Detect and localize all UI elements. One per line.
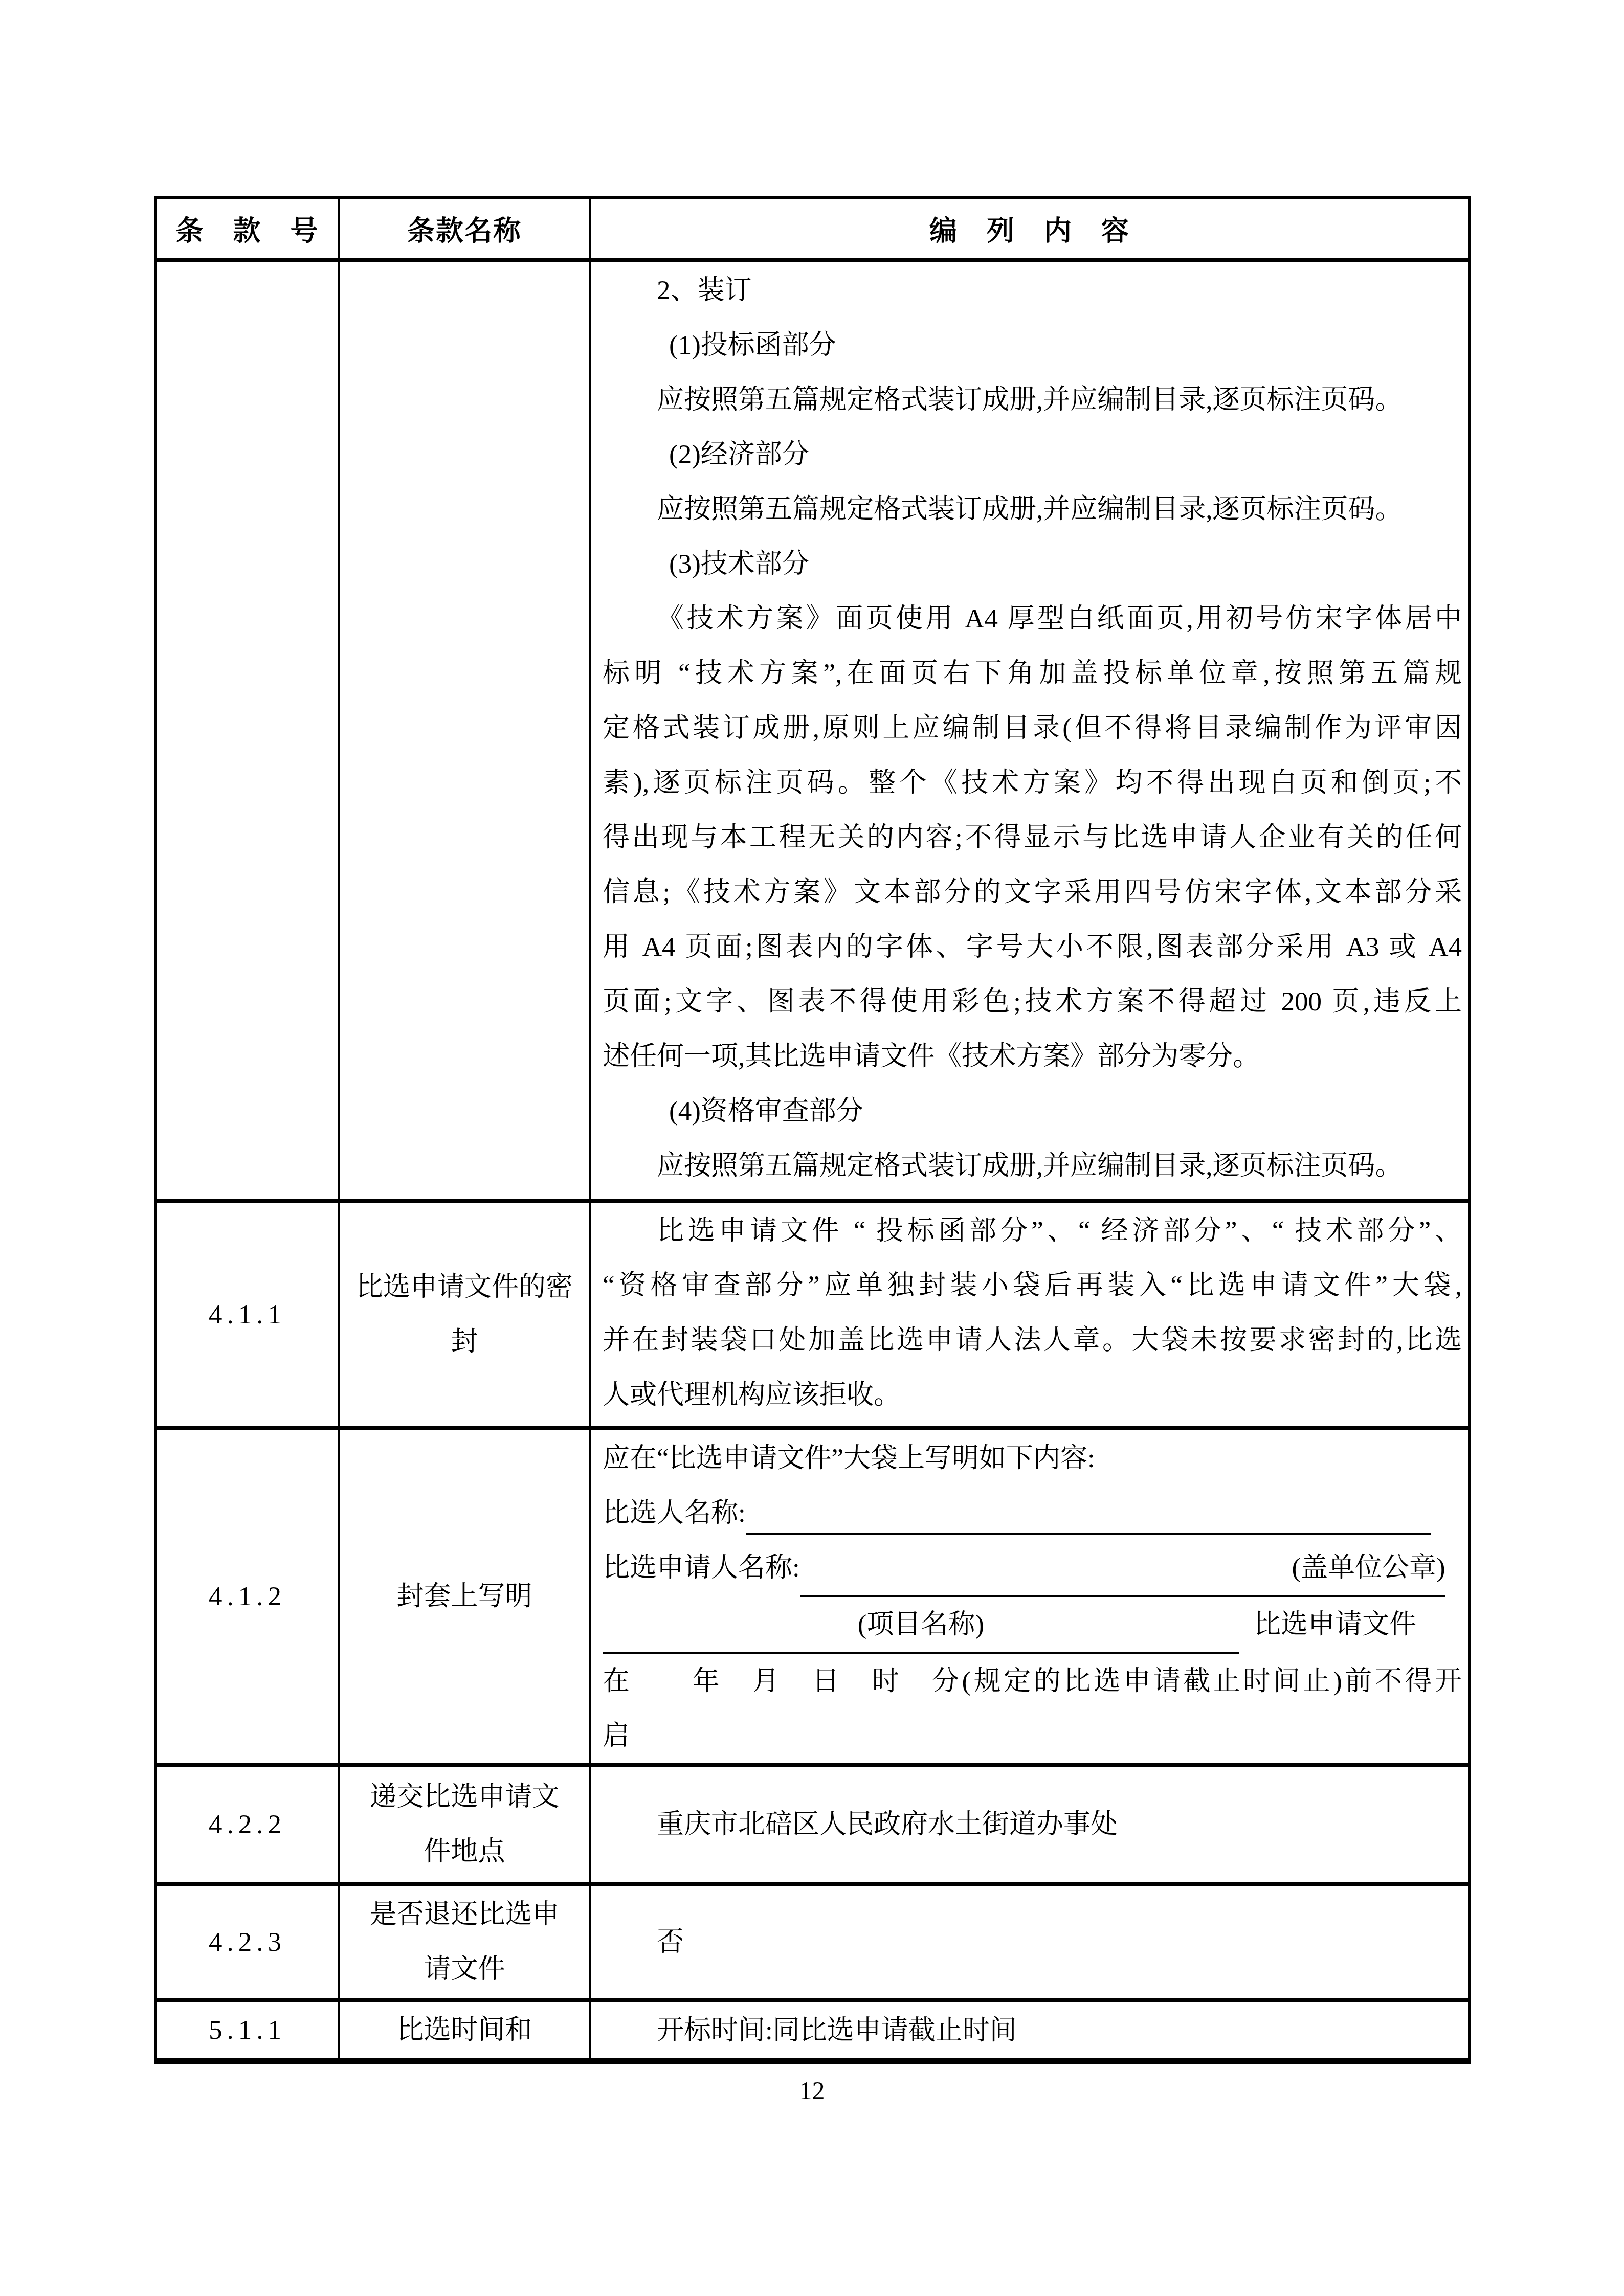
clause-name-line: 比选时间和 <box>397 2003 532 2058</box>
content-line: “资格审查部分”应单独封装小袋后再装入“比选申请文件”大袋, <box>603 1258 1462 1313</box>
clause-table: 条 款 号 条款名称 编 列 内 容 2、装订 (1)投标函部分 应按照第五篇规… <box>154 196 1471 2064</box>
project-name-blank-field: (项目名称) <box>603 1597 1239 1654</box>
page-number: 12 <box>0 2070 1624 2111</box>
content-line: 《技术方案》面页使用 A4 厚型白纸面页,用初号仿宋字体居中 <box>603 592 1462 646</box>
content-line: 否 <box>603 1915 1462 1970</box>
applicant-name-line: 比选申请人名称:(盖单位公章) <box>603 1541 1462 1597</box>
applicant-name-blank-field: (盖单位公章) <box>800 1541 1445 1597</box>
content-line: 标明 “技术方案”,在面页右下角加盖投标单位章,按照第五篇规 <box>603 646 1462 701</box>
table-row-4-2-3: 4.2.3 是否退还比选申 请文件 否 <box>157 1882 1468 1998</box>
header-clause-no: 条 款 号 <box>157 199 340 258</box>
clause-name-cell-empty <box>340 262 591 1199</box>
content-line: 得出现与本工程无关的内容;不得显示与比选申请人企业有关的任何 <box>603 811 1462 865</box>
open-time-line: 在 年 月 日 时 分(规定的比选申请截止时间止)前不得开 <box>603 1654 1462 1709</box>
clause-name-line: 比选申请文件的密 <box>356 1260 573 1315</box>
clause-no: 4.2.2 <box>157 1767 340 1882</box>
bixuan-name-blank-field <box>746 1533 1431 1535</box>
content-line: 页面;文字、图表不得使用彩色;技术方案不得超过 200 页,违反上 <box>603 975 1462 1029</box>
clause-name-line: 封 <box>451 1315 478 1369</box>
content-line: 信息;《技术方案》文本部分的文字采用四号仿宋字体,文本部分采 <box>603 865 1462 920</box>
table-row-4-2-2: 4.2.2 递交比选申请文 件地点 重庆市北碚区人民政府水土街道办事处 <box>157 1763 1468 1882</box>
content-line: (2)经济部分 <box>603 427 1462 482</box>
table-row-4-1-1: 4.1.1 比选申请文件的密 封 比选申请文件 “ 投标函部分”、“ 经济部分”… <box>157 1199 1468 1426</box>
clause-name-cell: 递交比选申请文 件地点 <box>340 1767 591 1882</box>
table-row-5-1-1: 5.1.1 比选时间和 开标时间:同比选申请截止时间 <box>157 1998 1468 2058</box>
content-line: (3)技术部分 <box>603 537 1462 592</box>
content-line: 用 A4 页面;图表内的字体、字号大小不限,图表部分采用 A3 或 A4 <box>603 920 1462 975</box>
applicant-name-label: 比选申请人名称: <box>603 1553 800 1583</box>
clause-name-line: 件地点 <box>424 1825 505 1879</box>
clause-no: 4.1.2 <box>157 1430 340 1763</box>
content-line: 重庆市北碚区人民政府水土街道办事处 <box>603 1797 1462 1852</box>
clause-name-cell: 封套上写明 <box>340 1430 591 1763</box>
content-line: 比选申请文件 “ 投标函部分”、“ 经济部分”、“ 技术部分”、 <box>603 1204 1462 1258</box>
doc-suffix-label: 比选申请文件 <box>1254 1597 1416 1652</box>
content-cell-binding: 2、装订 (1)投标函部分 应按照第五篇规定格式装订成册,并应编制目录,逐页标注… <box>591 262 1468 1199</box>
header-clause-name: 条款名称 <box>340 199 591 258</box>
clause-name-line: 封套上写明 <box>397 1569 532 1624</box>
clause-name-cell: 比选时间和 <box>340 2002 591 2058</box>
content-cell-address: 重庆市北碚区人民政府水土街道办事处 <box>591 1767 1468 1882</box>
table-row-binding: 2、装订 (1)投标函部分 应按照第五篇规定格式装订成册,并应编制目录,逐页标注… <box>157 258 1468 1199</box>
content-line: 应按照第五篇规定格式装订成册,并应编制目录,逐页标注页码。 <box>603 482 1462 537</box>
content-line: 素),逐页标注页码。整个《技术方案》均不得出现白页和倒页;不 <box>603 756 1462 811</box>
envelope-intro-line: 应在“比选申请文件”大袋上写明如下内容: <box>603 1431 1462 1486</box>
content-cell-sealing: 比选申请文件 “ 投标函部分”、“ 经济部分”、“ 技术部分”、 “资格审查部分… <box>591 1203 1468 1426</box>
open-time-line-cont: 启 <box>603 1709 1462 1763</box>
content-line: 应按照第五篇规定格式装订成册,并应编制目录,逐页标注页码。 <box>603 1139 1462 1194</box>
clause-no: 5.1.1 <box>157 2002 340 2058</box>
content-line: 应按照第五篇规定格式装订成册,并应编制目录,逐页标注页码。 <box>603 373 1462 427</box>
content-cell-return: 否 <box>591 1886 1468 1998</box>
content-line: 述任何一项,其比选申请文件《技术方案》部分为零分。 <box>603 1029 1462 1084</box>
project-name-line: (项目名称)比选申请文件 <box>603 1597 1462 1654</box>
content-line: 人或代理机构应该拒收。 <box>603 1368 1462 1423</box>
clause-name-line: 请文件 <box>424 1942 505 1997</box>
content-line: (1)投标函部分 <box>603 318 1462 373</box>
content-cell-envelope: 应在“比选申请文件”大袋上写明如下内容: 比选人名称: 比选申请人名称:(盖单位… <box>591 1430 1468 1763</box>
clause-no: 4.2.3 <box>157 1886 340 1998</box>
clause-name-cell: 是否退还比选申 请文件 <box>340 1886 591 1998</box>
table-header-row: 条 款 号 条款名称 编 列 内 容 <box>157 199 1468 258</box>
bixuan-name-label: 比选人名称: <box>603 1498 746 1528</box>
clause-name-cell: 比选申请文件的密 封 <box>340 1203 591 1426</box>
content-line: 定格式装订成册,原则上应编制目录(但不得将目录编制作为评审因 <box>603 701 1462 756</box>
content-line: 并在封装袋口处加盖比选申请人法人章。大袋未按要求密封的,比选 <box>603 1313 1462 1368</box>
content-cell-opentime: 开标时间:同比选申请截止时间 <box>591 2002 1468 2058</box>
document-page: 条 款 号 条款名称 编 列 内 容 2、装订 (1)投标函部分 应按照第五篇规… <box>0 0 1624 2296</box>
clause-no: 4.1.1 <box>157 1203 340 1426</box>
clause-name-line: 是否退还比选申 <box>370 1887 560 1942</box>
table-row-4-1-2: 4.1.2 封套上写明 应在“比选申请文件”大袋上写明如下内容: 比选人名称: … <box>157 1426 1468 1763</box>
content-line: 2、装订 <box>603 263 1462 318</box>
clause-name-line: 递交比选申请文 <box>370 1770 560 1825</box>
header-content: 编 列 内 容 <box>591 199 1468 258</box>
content-line: 开标时间:同比选申请截止时间 <box>603 2004 1462 2058</box>
clause-no-cell-empty <box>157 262 340 1199</box>
content-line: (4)资格审查部分 <box>603 1084 1462 1139</box>
bixuan-name-line: 比选人名称: <box>603 1486 1462 1541</box>
